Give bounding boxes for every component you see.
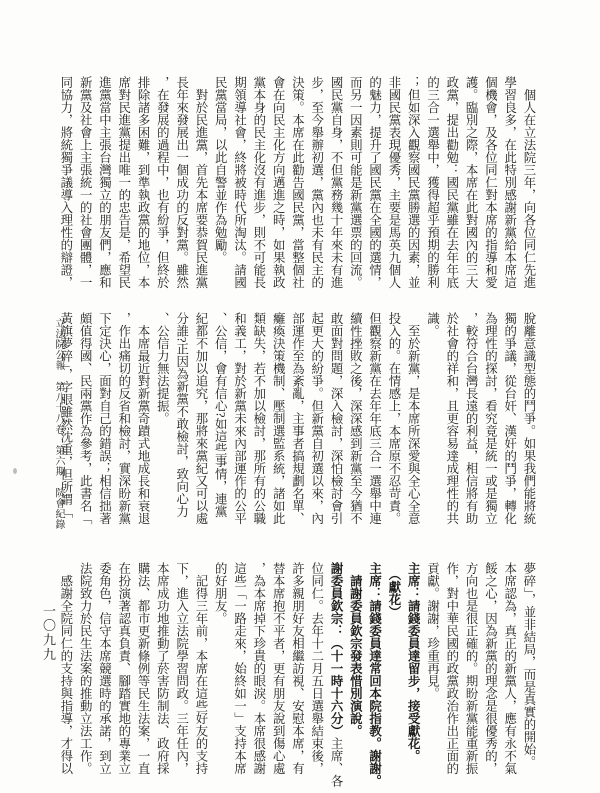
speech-text: 方向也是很正確的。期盼新黨能重新振 xyxy=(464,562,478,775)
speech-text: 分誰?正因為新黨不敢檢討，致向心力 xyxy=(175,312,189,518)
text-column: ，作出痛切的反省和檢討，實深盼新黨 xyxy=(113,312,132,526)
text-column: 購法、都市更新條例等民生法案，一直 xyxy=(133,562,152,776)
speech-text: 夢碎」，並非結局，而是真實的開始。 xyxy=(522,562,536,768)
speech-text: 於社會的祥和，且更容易達成理性的共 xyxy=(445,312,459,525)
text-column: 主席：請錢委員達常回本院指教。謝謝。 xyxy=(364,562,383,776)
text-column: 方向也是很正確的。期盼新黨能重新振 xyxy=(461,562,480,776)
text-column: 起更大的紛爭。但新黨自初選以來，內 xyxy=(306,312,325,526)
scan-artifact-speck xyxy=(13,468,17,474)
speech-text: 感謝全院同仁的支持與指導，才得以 xyxy=(59,575,73,775)
speech-text: 這些「一路走來，始終如一」支持本席 xyxy=(233,562,247,775)
text-column: 至於新黨，是本席所深愛與全心全意 xyxy=(403,312,422,526)
speech-text-band-bottom: 夢碎」，並非結局，而是真實的開始。本席認為，真正的新黨人，應有永不氣餒之心，因為… xyxy=(56,562,538,776)
text-column: 本席認為，真正的新黨人，應有永不氣 xyxy=(499,562,518,776)
text-column: 記得三年前，本席在這些好友的支持 xyxy=(191,562,210,776)
speech-text: 在扮演著認真負責、腳踏實地的專業立 xyxy=(117,562,131,775)
text-column: 餒之心，因為新黨的理念是很優秀的， xyxy=(480,562,499,776)
text-column: 續性挫敗之後，深深感到新黨至今猶不 xyxy=(345,312,364,526)
text-column: 決策。本席在此勸告國民黨，當整個社 xyxy=(287,76,306,290)
text-column: 個機會，及各位同仁對本席的指導和愛 xyxy=(480,76,499,290)
speech-text: 本席最近對新黨奇蹟式地成長和衰退 xyxy=(136,325,150,525)
speech-text: 本席認為，真正的新黨人，應有永不氣 xyxy=(503,562,517,775)
speech-text: 貢獻。謝謝，珍重再見。 xyxy=(426,562,440,700)
text-column: 護。臨別之際，本席在此對國內的三大 xyxy=(461,76,480,290)
text-column: 下定決心，面對自己的錯誤；相信拙著 xyxy=(94,312,113,526)
text-column: 的好朋友。 xyxy=(210,562,229,776)
speech-text: 和義工，對於新黨未來內部運作的公平 xyxy=(233,312,247,525)
speech-text: 個機會，及各位同仁對本席的指導和愛 xyxy=(483,76,497,289)
text-column: 政黨，提出勸勉：國民黨雖在去年年底 xyxy=(442,76,461,290)
speech-text: 的三合一選舉中，獲得超乎預期的勝利 xyxy=(426,76,440,289)
speech-text: 記得三年前，本席在這些好友的支持 xyxy=(194,575,208,775)
speech-text: 部運作至為紊亂，主事者搞規劃名單、 xyxy=(290,312,304,525)
speech-text: 新黨及社會上主張統一的社會團體，一 xyxy=(78,76,92,289)
speech-text: 的好朋友。 xyxy=(213,562,227,625)
speech-text: 黨本身的民主化沒有進步，則不可能長 xyxy=(252,76,266,289)
text-column: 謝委員欽宗：（十一時十六分）主席、各 xyxy=(326,562,345,776)
text-column: 投入的。在情感上，本席原不忍苛責。 xyxy=(384,312,403,526)
speech-text: 餒之心，因為新黨的理念是很優秀的， xyxy=(483,562,497,775)
speech-text: 而另一因素則可能是新黨選票的回流。 xyxy=(348,76,362,289)
text-column: 而另一因素則可能是新黨選票的回流。 xyxy=(345,76,364,290)
text-column: 本席最近對新黨奇蹟式地成長和衰退 xyxy=(133,312,152,526)
text-column: 和義工，對於新黨未來內部運作的公平 xyxy=(229,312,248,526)
speech-text: 委角色，信守本席競選時的承諾，到立 xyxy=(97,562,111,775)
speech-text: 獨的爭議，從台奸、漢奸的鬥爭，轉化 xyxy=(503,312,517,525)
speech-text: 會在向民主化方向邁進之時，如果執政 xyxy=(271,76,285,289)
text-column: 黨本身的民主化沒有進步，則不可能長 xyxy=(249,76,268,290)
speech-text: 民黨當局，以此自警並作為勉勵。 xyxy=(213,76,227,264)
speech-text: ，在發展的過程中，也有紛爭，但終於 xyxy=(155,76,169,289)
text-column: 脫離意識型態的鬥爭。如果我們能將統 xyxy=(519,312,538,526)
speech-text: 下定決心，面對自己的錯誤；相信拙著 xyxy=(97,312,111,525)
text-column: 紀都不加以追究，那將來黨紀又可以處 xyxy=(191,312,210,526)
speech-text: 排除諸多困難，到準執政黨的地位，本 xyxy=(136,76,150,289)
speech-text: 國民黨自身，不但黨務幾十年來未有進 xyxy=(329,76,343,289)
speech-text: 至於新黨，是本席所深愛與全心全意 xyxy=(406,325,420,525)
text-column: 學習良多，在此特別感謝新黨給本席這 xyxy=(499,76,518,290)
speech-text: 學習良多，在此特別感謝新黨給本席這 xyxy=(503,76,517,289)
text-column: 下，進入立法院學習問政。三年任內， xyxy=(171,562,190,776)
text-column: 黃旗夢碎」，字眼雖然沈重，但所謂「 xyxy=(56,312,75,526)
speech-text-band-top: 個人在立法院三年，向各位同仁先進學習良多，在此特別感謝新黨給本席這個機會，及各位… xyxy=(56,76,538,290)
text-column: ，在發展的過程中，也有紛爭，但終於 xyxy=(152,76,171,290)
text-column: 對於民進黨，首先本席要恭賀民進黨 xyxy=(191,76,210,290)
speech-text: 許多親朋好友相繼訪視、安慰本席，有 xyxy=(290,562,304,775)
text-column: （獻花） xyxy=(384,562,403,776)
speech-text: 同協力，將統獨爭議導入理性的辯證， xyxy=(59,76,73,289)
text-column: 請謝委員欽宗發表惜別演說。 xyxy=(345,562,364,776)
speech-text: 席對民進黨提出唯一的忠告是，希望民 xyxy=(117,76,131,289)
speech-text: 非國民黨表現優秀，主要是馬英九個人 xyxy=(387,76,401,289)
text-column: 夢碎」，並非結局，而是真實的開始。 xyxy=(519,562,538,776)
speech-text: 起更大的紛爭。但新黨自初選以來，內 xyxy=(310,312,324,525)
text-column: 部運作至為紊亂，主事者搞規劃名單、 xyxy=(287,312,306,526)
text-column: 癱瘓決策機制、壓制選監系統，諸如此 xyxy=(268,312,287,526)
speech-text: 政黨，提出勸勉：國民黨雖在去年年底 xyxy=(445,76,459,289)
speech-text: 長年來發展出一個成功的反對黨。雖然 xyxy=(175,76,189,289)
text-column: 獨的爭議，從台奸、漢奸的鬥爭，轉化 xyxy=(499,312,518,526)
text-column: 非國民黨表現優秀，主要是馬英九個人 xyxy=(384,76,403,290)
text-column: 這些「一路走來，始終如一」支持本席 xyxy=(229,562,248,776)
page-number: 一〇九九 xyxy=(39,604,58,662)
text-column: 長年來發展出一個成功的反對黨。雖然 xyxy=(171,76,190,290)
speech-text: 步，至今舉辦初選，黨內也未有民主的 xyxy=(310,76,324,289)
speech-text: 投入的。在情感上，本席原不忍苛責。 xyxy=(387,312,401,525)
speech-text: 對於民進黨，首先本席要恭賀民進黨 xyxy=(194,89,208,289)
text-column: 步，至今舉辦初選，黨內也未有民主的 xyxy=(306,76,325,290)
speech-text: 下，進入立法院學習問政。三年任內， xyxy=(175,562,189,775)
speech-text: ，較符合台灣長遠的利益，相信將有助 xyxy=(464,312,478,525)
speech-text: 、公信力無法提振。 xyxy=(155,312,169,425)
text-column: 分誰?正因為新黨不敢檢討，致向心力 xyxy=(171,312,190,526)
text-column: 本席成功地推動了菸害防制法、政府採 xyxy=(152,562,171,776)
speech-text: 法院致力於民生法案的推動立法工作。 xyxy=(78,562,92,775)
text-column: ，較符合台灣長遠的利益，相信將有助 xyxy=(461,312,480,526)
speech-text: 但觀察新黨在去年年底三合一選舉中連 xyxy=(368,312,382,525)
speech-text: 、公信，會有信心?如這些事情，連黨 xyxy=(213,312,227,518)
speaker-label-text: （獻花） xyxy=(387,575,401,619)
text-column: 感謝全院同仁的支持與指導，才得以 xyxy=(56,562,75,776)
speech-text: 進黨當中主張台灣獨立的朋友們，應和 xyxy=(97,76,111,289)
text-column: 位同仁。去年十二月五日選舉結束後， xyxy=(306,562,325,776)
text-column: 在扮演著認真負責、腳踏實地的專業立 xyxy=(113,562,132,776)
text-column: 作，對中華民國的政黨政治作出正面的 xyxy=(442,562,461,776)
text-column: 民黨當局，以此自警並作為勉勵。 xyxy=(210,76,229,290)
speech-text: 護。臨別之際，本席在此對國內的三大 xyxy=(464,76,478,289)
text-column: 敢面對問題，深入檢討，深怕檢討會引 xyxy=(326,312,345,526)
speech-text: 黃旗夢碎」，字眼雖然沈重，但所謂「 xyxy=(59,312,73,518)
speech-text: 類缺失，若不加以檢討，那所有的公職 xyxy=(252,312,266,525)
speech-text: 識。 xyxy=(426,312,440,337)
speech-text: 紀都不加以追究，那將來黨紀又可以處 xyxy=(194,312,208,525)
text-column: 同協力，將統獨爭議導入理性的辯證， xyxy=(56,76,75,290)
text-column: 的魅力，提升了國民黨在全國的選情， xyxy=(364,76,383,290)
speech-text: 為理性的探討，看究竟是統一或是獨立 xyxy=(483,312,497,525)
speech-text-band-middle: 脫離意識型態的鬥爭。如果我們能將統獨的爭議，從台奸、漢奸的鬥爭，轉化為理性的探討… xyxy=(56,312,538,526)
gazette-scan-page: 立法院公報 第八十八卷 第六期 院會紀錄 個人在立法院三年，向各位同仁先進學習良… xyxy=(0,0,600,793)
speech-text: 癱瘓決策機制、壓制選監系統，諸如此 xyxy=(271,312,285,525)
text-column: 類缺失，若不加以檢討，那所有的公職 xyxy=(249,312,268,526)
speaker-label-text: 請謝委員欽宗發表惜別演說。 xyxy=(348,575,362,738)
text-column: 替本席抱不平者，更有朋友說到傷心處 xyxy=(268,562,287,776)
text-column: 許多親朋好友相繼訪視、安慰本席，有 xyxy=(287,562,306,776)
text-column: 頗值得國、民兩黨作為參考，此書名「 xyxy=(75,312,94,526)
speech-text: 個人在立法院三年，向各位同仁先進 xyxy=(522,89,536,289)
text-column: ，為本席掉下珍貴的眼淚。本席很感謝 xyxy=(249,562,268,776)
speech-text: ；但如深入觀察國民黨勝選的因素，並 xyxy=(406,76,420,289)
speech-text: 本席成功地推動了菸害防制法、政府採 xyxy=(155,562,169,775)
speech-text: 作，對中華民國的政黨政治作出正面的 xyxy=(445,562,459,775)
speech-text: ，作出痛切的反省和檢討，實深盼新黨 xyxy=(117,312,131,525)
text-column: 但觀察新黨在去年年底三合一選舉中連 xyxy=(364,312,383,526)
speech-text: ，為本席掉下珍貴的眼淚。本席很感謝 xyxy=(252,562,266,775)
speech-text: 位同仁。去年十二月五日選舉結束後， xyxy=(310,562,324,775)
speech-text: 決策。本席在此勸告國民黨，當整個社 xyxy=(290,76,304,289)
speech-text: 頗值得國、民兩黨作為參考，此書名「 xyxy=(78,312,92,525)
speaker-label-text: 主席：請錢委員達留步，接受獻花。 xyxy=(406,562,420,762)
text-column: ；但如深入觀察國民黨勝選的因素，並 xyxy=(403,76,422,290)
text-column: 期領導社會，終將被時代所淘汰。請國 xyxy=(229,76,248,290)
speech-text: 購法、都市更新條例等民生法案，一直 xyxy=(136,562,150,775)
text-column: 排除諸多困難，到準執政黨的地位，本 xyxy=(133,76,152,290)
speech-text: 脫離意識型態的鬥爭。如果我們能將統 xyxy=(522,312,536,525)
speech-text: 的魅力，提升了國民黨在全國的選情， xyxy=(368,76,382,289)
text-column: 主席：請錢委員達留步，接受獻花。 xyxy=(403,562,422,776)
text-column: 貢獻。謝謝，珍重再見。 xyxy=(422,562,441,776)
text-column: 的三合一選舉中，獲得超乎預期的勝利 xyxy=(422,76,441,290)
text-column: 委角色，信守本席競選時的承諾，到立 xyxy=(94,562,113,776)
speech-text: 敢面對問題，深入檢討，深怕檢討會引 xyxy=(329,312,343,525)
text-column: 、公信力無法提振。 xyxy=(152,312,171,526)
text-column: 法院致力於民生法案的推動立法工作。 xyxy=(75,562,94,776)
speaker-label-text: 謝委員欽宗：（十一時十六分） xyxy=(329,562,343,737)
text-column: 個人在立法院三年，向各位同仁先進 xyxy=(519,76,538,290)
text-column: 國民黨自身，不但黨務幾十年來未有進 xyxy=(326,76,345,290)
text-column: 為理性的探討，看究竟是統一或是獨立 xyxy=(480,312,499,526)
text-column: 、公信，會有信心?如這些事情，連黨 xyxy=(210,312,229,526)
speech-text: 續性挫敗之後，深深感到新黨至今猶不 xyxy=(348,312,362,525)
speech-text: 替本席抱不平者，更有朋友說到傷心處 xyxy=(271,562,285,775)
text-column: 會在向民主化方向邁進之時，如果執政 xyxy=(268,76,287,290)
speech-text: 期領導社會，終將被時代所淘汰。請國 xyxy=(233,76,247,289)
speech-text: 主席、各 xyxy=(329,737,343,787)
text-column: 進黨當中主張台灣獨立的朋友們，應和 xyxy=(94,76,113,290)
text-column: 識。 xyxy=(422,312,441,526)
speaker-label-text: 主席：請錢委員達常回本院指教。謝謝。 xyxy=(368,562,382,787)
text-column: 席對民進黨提出唯一的忠告是，希望民 xyxy=(113,76,132,290)
text-column: 於社會的祥和，且更容易達成理性的共 xyxy=(442,312,461,526)
text-column: 新黨及社會上主張統一的社會團體，一 xyxy=(75,76,94,290)
